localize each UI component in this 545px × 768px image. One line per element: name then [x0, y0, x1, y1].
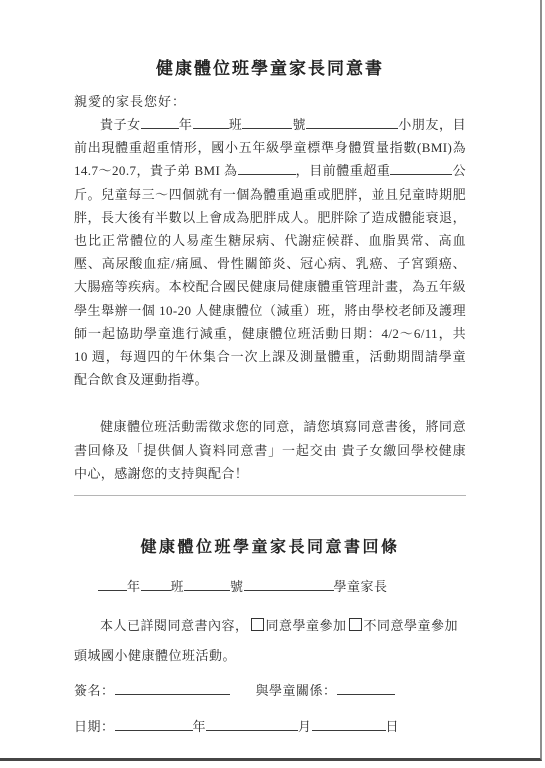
- signature-label: 簽名：: [74, 683, 115, 698]
- overweight-kg-blank[interactable]: [390, 161, 452, 175]
- consent-statement-line2: 頭城國小健康體位班活動。: [74, 644, 466, 667]
- bmi-blank[interactable]: [238, 161, 296, 175]
- disagree-option-label: 不同意學童參加: [364, 618, 459, 633]
- class-blank[interactable]: [193, 115, 229, 129]
- text-run: 班: [171, 579, 185, 594]
- slip-grade-blank[interactable]: [98, 577, 127, 591]
- text-run: 號: [292, 117, 306, 132]
- date-year-blank[interactable]: [115, 717, 193, 731]
- date-month-blank[interactable]: [206, 717, 298, 731]
- signature-row: 簽名：與學童關係：: [74, 679, 466, 702]
- date-label: 日期：: [74, 719, 115, 734]
- text-run: 公斤。兒童每三～四個就有一個為體重過重或肥胖，並且兒童時期肥胖，長大後有半數以上…: [74, 163, 466, 387]
- grade-blank[interactable]: [141, 115, 179, 129]
- slip-class-blank[interactable]: [141, 577, 171, 591]
- document-title: 健康體位班學童家長同意書: [74, 56, 466, 82]
- day-label: 日: [386, 719, 400, 734]
- text-run: 貴子女: [100, 117, 141, 132]
- greeting: 親愛的家長您好：: [74, 90, 466, 113]
- text-run: 學童家長: [334, 579, 388, 594]
- text-run: 年: [179, 117, 193, 132]
- consent-statement-line1: 本人已詳閱同意書內容，同意學童參加不同意學童參加: [74, 614, 466, 637]
- text-run: 號: [230, 579, 244, 594]
- relation-blank[interactable]: [337, 681, 395, 695]
- date-row: 日期：年月日: [74, 715, 466, 738]
- slip-student-name-blank[interactable]: [244, 577, 334, 591]
- page-content: 健康體位班學童家長同意書 親愛的家長您好： 貴子女年班號小朋友，目前出現體重超重…: [0, 56, 540, 738]
- text-run: 本人已詳閱同意書內容，: [100, 618, 249, 633]
- relation-label: 與學童關係：: [256, 683, 337, 698]
- reply-slip-title: 健康體位班學童家長同意書回條: [74, 536, 466, 560]
- disagree-checkbox[interactable]: [349, 618, 362, 631]
- month-label: 月: [298, 719, 312, 734]
- consent-request-paragraph: 健康體位班活動需徵求您的同意，請您填寫同意書後，將同意書回條及「提供個人資料同意…: [74, 415, 466, 485]
- text-run: 年: [127, 579, 141, 594]
- agree-checkbox[interactable]: [251, 618, 264, 631]
- year-label: 年: [193, 719, 207, 734]
- text-run: ，目前體重超重: [296, 163, 391, 178]
- reply-slip-identity-line: 年班號學童家長: [74, 575, 466, 598]
- slip-seat-number-blank[interactable]: [184, 577, 230, 591]
- cut-line-divider: [74, 495, 466, 496]
- text-run: 班: [229, 117, 243, 132]
- student-name-blank[interactable]: [306, 115, 398, 129]
- date-day-blank[interactable]: [312, 717, 386, 731]
- intro-paragraph: 貴子女年班號小朋友，目前出現體重超重情形，國小五年級學童標準身體質量指數(BMI…: [74, 113, 466, 391]
- seat-number-blank[interactable]: [242, 115, 292, 129]
- signature-blank[interactable]: [115, 681, 230, 695]
- scanned-page: 健康體位班學童家長同意書 親愛的家長您好： 貴子女年班號小朋友，目前出現體重超重…: [0, 0, 542, 761]
- agree-option-label: 同意學童參加: [266, 618, 347, 633]
